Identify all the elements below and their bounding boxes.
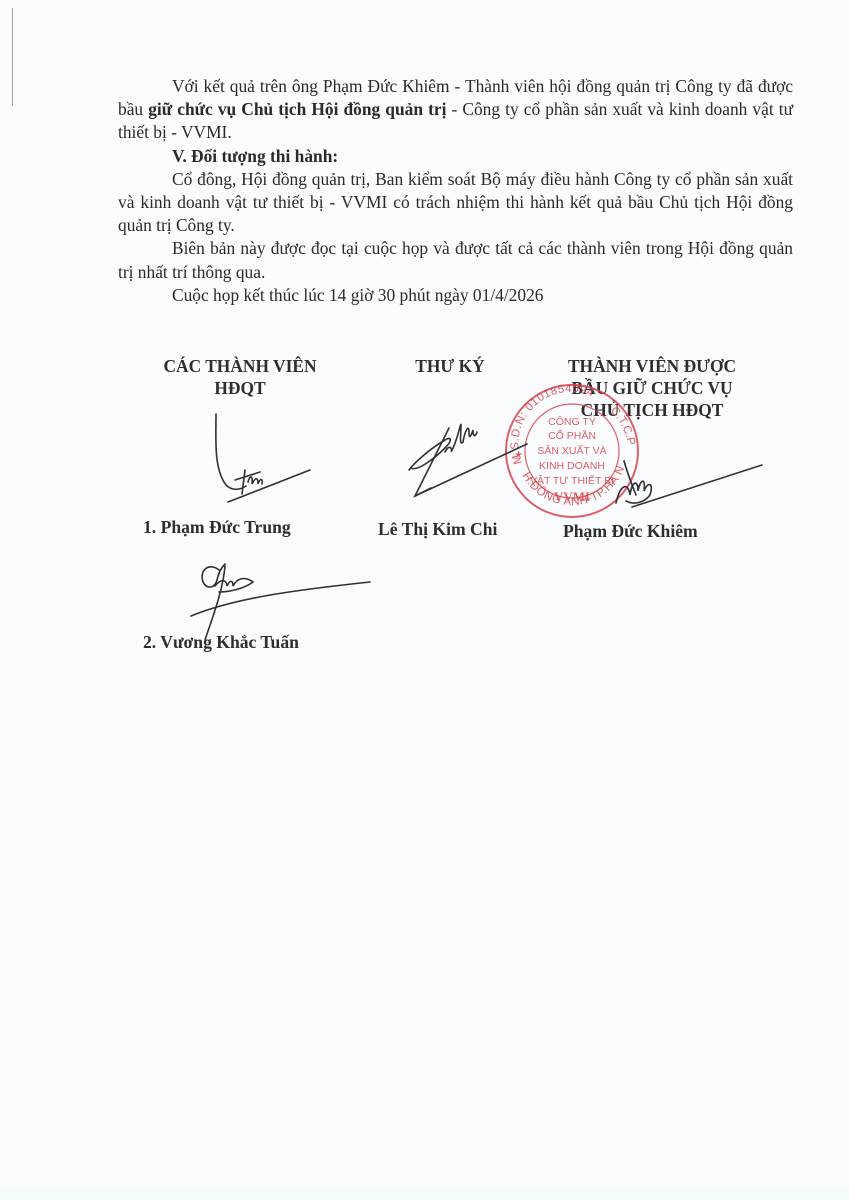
signature-member1 [210,410,310,505]
section-heading-v: V. Đối tượng thi hành: [118,145,793,168]
member1-name: 1. Phạm Đức Trung [143,517,291,538]
signature-member2 [175,560,375,640]
secretary-title: THƯ KÝ [395,355,505,377]
paragraph-closing: Cuộc họp kết thúc lúc 14 giờ 30 phút ngà… [118,284,793,307]
paragraph-approval: Biên bản này được đọc tại cuộc họp và đư… [118,237,793,283]
members-title-line: HĐQT [135,377,345,399]
signature-secretary [405,418,525,498]
stamp-line: KINH DOANH [539,460,605,472]
chair-title-line: THÀNH VIÊN ĐƯỢC [552,355,752,377]
stamp-line: CÔNG TY [548,415,596,428]
signature-chair [612,455,762,525]
paragraph-result: Với kết quả trên ông Phạm Đức Khiêm - Th… [118,75,793,145]
members-title: CÁC THÀNH VIÊN HĐQT [135,355,345,399]
chair-name: Phạm Đức Khiêm [563,521,698,542]
scan-edge-artifact [12,8,13,106]
bold-phrase: giữ chức vụ Chủ tịch Hội đồng quản trị [148,99,446,119]
secretary-name: Lê Thị Kim Chi [378,519,497,540]
stamp-line: VVMI [554,489,590,504]
members-title-line: CÁC THÀNH VIÊN [135,355,345,377]
paragraph-execution: Cổ đông, Hội đồng quản trị, Ban kiểm soá… [118,168,793,238]
stamp-line: VẬT TƯ THIẾT BỊ [530,474,614,487]
member2-name: 2. Vương Khắc Tuấn [143,632,299,653]
document-body: Với kết quả trên ông Phạm Đức Khiêm - Th… [118,75,793,307]
stamp-line: SẢN XUẤT VÀ [537,444,606,457]
stamp-line: CỔ PHẦN [548,429,596,442]
scan-bottom-edge [0,1188,849,1200]
